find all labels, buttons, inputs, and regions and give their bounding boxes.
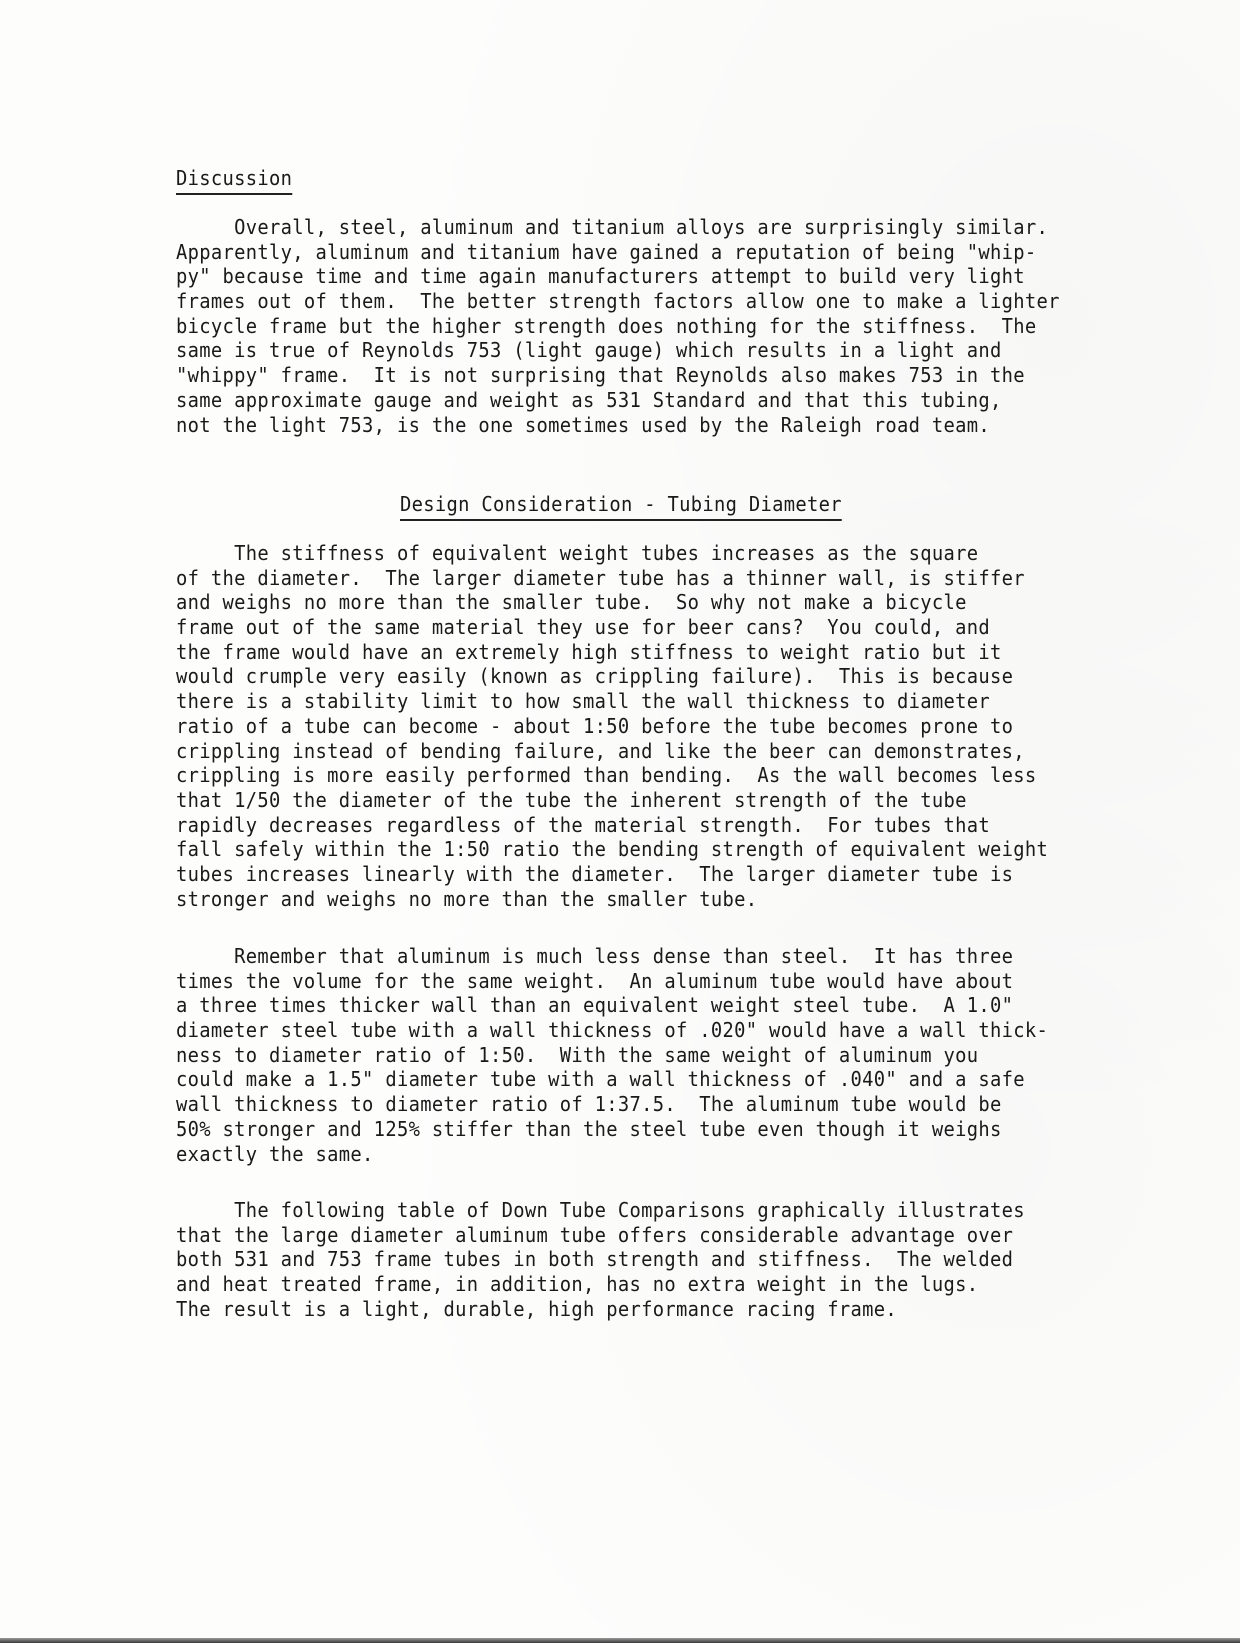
text-line: a three times thicker wall than an equiv… (176, 993, 1048, 1018)
text-line: that 1/50 the diameter of the tube the i… (176, 788, 1048, 813)
text-line: same is true of Reynolds 753 (light gaug… (176, 338, 1060, 363)
text-line: stronger and weighs no more than the sma… (176, 887, 1048, 912)
text-line: same approximate gauge and weight as 531… (176, 388, 1060, 413)
text-line: could make a 1.5" diameter tube with a w… (176, 1067, 1048, 1092)
text-line: of the diameter. The larger diameter tub… (176, 566, 1048, 591)
text-line: The following table of Down Tube Compari… (176, 1198, 1025, 1223)
text-line: ness to diameter ratio of 1:50. With the… (176, 1043, 1048, 1068)
text-line: bicycle frame but the higher strength do… (176, 314, 1060, 339)
text-line: crippling is more easily performed than … (176, 763, 1048, 788)
text-line: py" because time and time again manufact… (176, 264, 1060, 289)
text-line: fall safely within the 1:50 ratio the be… (176, 837, 1048, 862)
text-line: Remember that aluminum is much less dens… (176, 944, 1048, 969)
paragraph-aluminum-density: Remember that aluminum is much less dens… (176, 944, 1114, 1166)
text-line: frame out of the same material they use … (176, 615, 1048, 640)
text-line: Apparently, aluminum and titanium have g… (176, 240, 1060, 265)
paragraph-stiffness: The stiffness of equivalent weight tubes… (176, 541, 1114, 911)
text-line: Overall, steel, aluminum and titanium al… (176, 215, 1060, 240)
text-line: diameter steel tube with a wall thicknes… (176, 1018, 1048, 1043)
text-line: and weighs no more than the smaller tube… (176, 590, 1048, 615)
text-line: not the light 753, is the one sometimes … (176, 413, 1060, 438)
text-line: tubes increases linearly with the diamet… (176, 862, 1048, 887)
text-line: The stiffness of equivalent weight tubes… (176, 541, 1048, 566)
text-line: both 531 and 753 frame tubes in both str… (176, 1247, 1025, 1272)
text-line: crippling instead of bending failure, an… (176, 739, 1048, 764)
text-line: frames out of them. The better strength … (176, 289, 1060, 314)
text-line: times the volume for the same weight. An… (176, 969, 1048, 994)
text-line: The result is a light, durable, high per… (176, 1297, 1025, 1322)
scanned-page: Discussion Overall, steel, aluminum and … (0, 0, 1240, 1643)
text-line: there is a stability limit to how small … (176, 689, 1048, 714)
text-line: 50% stronger and 125% stiffer than the s… (176, 1117, 1048, 1142)
paragraph-table-summary: The following table of Down Tube Compari… (176, 1198, 1089, 1321)
page-bottom-edge (0, 1638, 1240, 1643)
text-line: would crumple very easily (known as crip… (176, 664, 1048, 689)
text-line: "whippy" frame. It is not surprising tha… (176, 363, 1060, 388)
text-line: ratio of a tube can become - about 1:50 … (176, 714, 1048, 739)
text-line: wall thickness to diameter ratio of 1:37… (176, 1092, 1048, 1117)
text-line: exactly the same. (176, 1142, 1048, 1167)
text-line: the frame would have an extremely high s… (176, 640, 1048, 665)
text-line: rapidly decreases regardless of the mate… (176, 813, 1048, 838)
text-line: and heat treated frame, in addition, has… (176, 1272, 1025, 1297)
paragraph-discussion: Overall, steel, aluminum and titanium al… (176, 215, 1126, 437)
section-heading-tubing-diameter: Design Consideration - Tubing Diameter (400, 493, 842, 521)
section-heading-discussion: Discussion (176, 167, 292, 195)
text-line: that the large diameter aluminum tube of… (176, 1223, 1025, 1248)
